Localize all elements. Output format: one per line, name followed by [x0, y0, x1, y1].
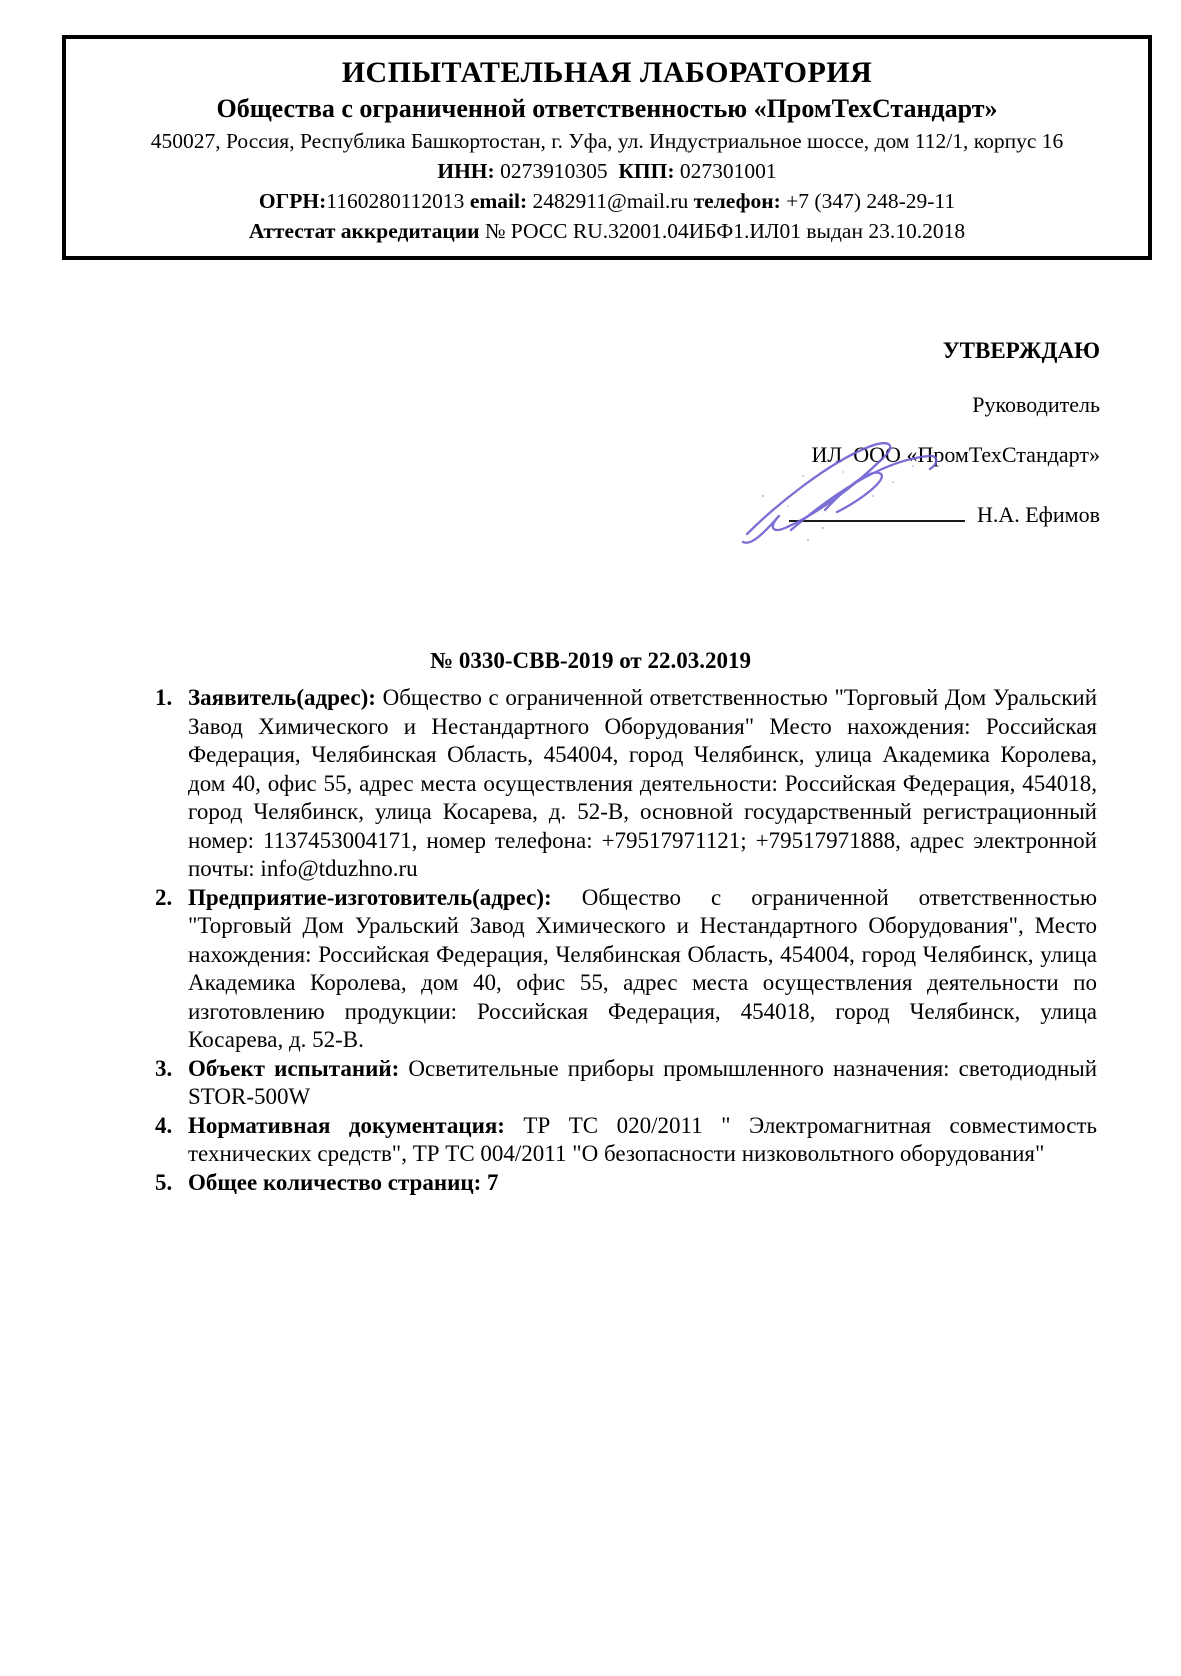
lab-address: 450027, Россия, Республика Башкортостан,… [78, 126, 1136, 156]
item-body: Объект испытаний: Осветительные приборы … [188, 1055, 1097, 1112]
list-item: 1. Заявитель(адрес): Общество с ограниче… [155, 684, 1097, 884]
item-number: 3. [155, 1055, 188, 1112]
item-text: Общество с ограниченной ответственностью… [188, 685, 1097, 881]
signature-line [789, 498, 965, 522]
item-body: Предприятие-изготовитель(адрес): Обществ… [188, 884, 1097, 1055]
item-label: Заявитель(адрес): [188, 685, 376, 710]
item-number: 4. [155, 1112, 188, 1169]
item-body: Общее количество страниц: 7 [188, 1169, 1097, 1198]
lab-header-box: ИСПЫТАТЕЛЬНАЯ ЛАБОРАТОРИЯ Общества с огр… [62, 35, 1152, 260]
lab-ogrn-line: ОГРН:1160280112013 email: 2482911@mail.r… [78, 186, 1136, 216]
lab-subtitle: Общества с ограниченной ответственностью… [78, 92, 1136, 126]
signature-row: Н.А. Ефимов [789, 498, 1100, 530]
kpp-label: КПП: [618, 159, 674, 183]
lab-inn-kpp-line: ИНН: 0273910305 КПП: 027301001 [78, 156, 1136, 186]
inn-value: 0273910305 [500, 159, 608, 183]
list-item: 4. Нормативная документация: ТР ТС 020/2… [155, 1112, 1097, 1169]
list-item: 2. Предприятие-изготовитель(адрес): Обще… [155, 884, 1097, 1055]
item-body: Нормативная документация: ТР ТС 020/2011… [188, 1112, 1097, 1169]
email-label: email: [470, 189, 527, 213]
approval-block: УТВЕРЖДАЮ Руководитель ИЛ ООО «ПромТехСт… [789, 336, 1100, 530]
approver-org: ИЛ ООО «ПромТехСтандарт» [789, 440, 1100, 470]
accreditation-label: Аттестат аккредитации [249, 219, 480, 243]
inn-label: ИНН: [437, 159, 494, 183]
item-label: Предприятие-изготовитель(адрес): [188, 885, 552, 910]
ogrn-value: 1160280112013 [326, 189, 464, 213]
lab-title: ИСПЫТАТЕЛЬНАЯ ЛАБОРАТОРИЯ [78, 54, 1136, 92]
ogrn-label: ОГРН: [259, 189, 326, 213]
approve-heading: УТВЕРЖДАЮ [789, 336, 1100, 366]
approver-role: Руководитель [789, 390, 1100, 420]
item-number: 2. [155, 884, 188, 1055]
document-page: ИСПЫТАТЕЛЬНАЯ ЛАБОРАТОРИЯ Общества с огр… [0, 0, 1181, 1676]
list-item: 5. Общее количество страниц: 7 [155, 1169, 1097, 1198]
item-label: Объект испытаний: [188, 1056, 399, 1081]
item-number: 5. [155, 1169, 188, 1198]
item-label: Общее количество страниц: 7 [188, 1170, 499, 1195]
list-item: 3. Объект испытаний: Осветительные прибо… [155, 1055, 1097, 1112]
email-value: 2482911@mail.ru [533, 189, 689, 213]
accreditation-value: № РОСС RU.32001.04ИБФ1.ИЛ01 выдан 23.10.… [485, 219, 965, 243]
item-number: 1. [155, 684, 188, 884]
kpp-value: 027301001 [680, 159, 777, 183]
doc-number: № 0330-СВВ-2019 от 22.03.2019 [0, 648, 1181, 674]
signer-name: Н.А. Ефимов [977, 502, 1100, 527]
phone-value: +7 (347) 248-29-11 [786, 189, 955, 213]
items-list: 1. Заявитель(адрес): Общество с ограниче… [155, 684, 1097, 1197]
item-body: Заявитель(адрес): Общество с ограниченно… [188, 684, 1097, 884]
phone-label: телефон: [694, 189, 781, 213]
lab-accreditation-line: Аттестат аккредитации № РОСС RU.32001.04… [78, 216, 1136, 246]
item-label: Нормативная документация: [188, 1113, 505, 1138]
